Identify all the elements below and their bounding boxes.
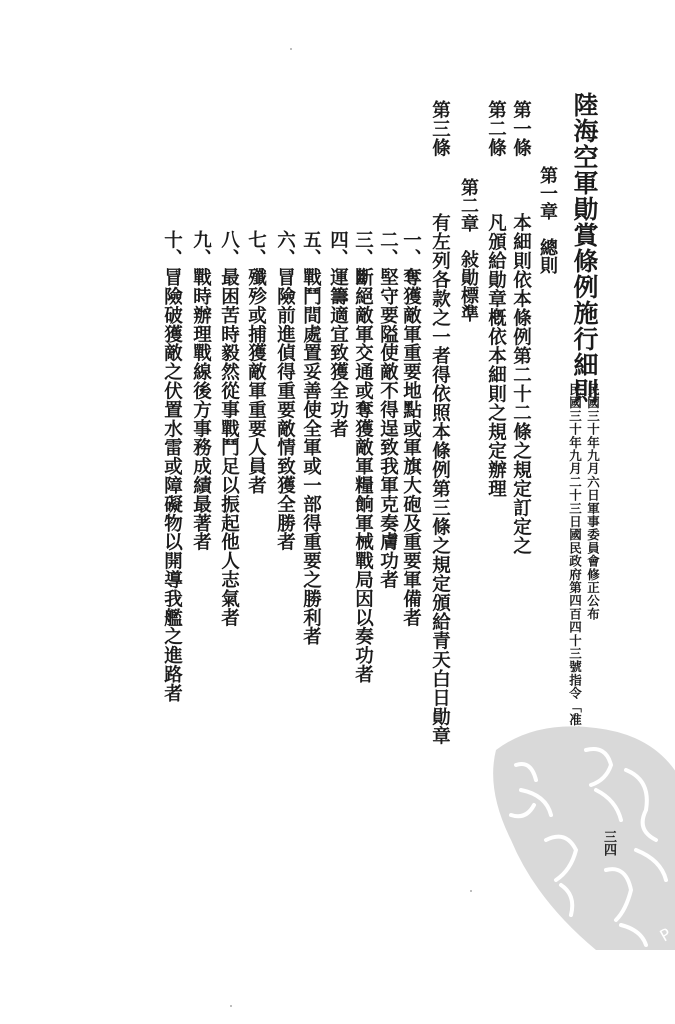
list-item-10: 十、冒險破獲敵之伏置水雷或障礙物以開導我艦之進路者 (162, 230, 181, 703)
list-item-1: 一、奪獲敵軍重要地點或軍旗大砲及重要軍備者 (401, 230, 420, 627)
document-title: 陸海空軍勛賞條例施行細則 (572, 92, 597, 404)
list-item-8: 八、最困苦時毅然從事戰鬥足以振起他人志氣者 (219, 230, 238, 627)
list-item-3: 三、斷絕敵軍交通或奪獲敵軍糧餉軍械戰局因以奏功者 (353, 230, 372, 684)
seal-watermark-icon: P (476, 720, 675, 950)
scan-speck (290, 48, 292, 50)
promulgation-note-1: 民國三十年九月六日軍事委員會修正公布 (586, 383, 599, 621)
article-1-label: 第一條 (511, 100, 530, 157)
list-item-7: 七、殲殄或捕獲敵軍重要人員者 (246, 230, 265, 495)
list-item-9: 九、戰時辦理戰線後方事務成績最著者 (191, 230, 210, 551)
scan-speck (470, 890, 472, 892)
article-2-text: 凡頒給勛章槪依本細則之規定辦理 (486, 213, 505, 498)
library-seal-watermark: P (476, 720, 675, 950)
list-item-6: 六、冒險前進偵得重要敵情致獲全勝者 (275, 230, 294, 551)
list-item-5: 五、戰鬥間處置妥善使全軍或一部得重要之勝利者 (301, 230, 320, 646)
article-2-label: 第二條 (486, 100, 505, 157)
chapter-1-heading: 第一章 總則 (538, 166, 556, 274)
article-3-label: 第三條 (430, 100, 449, 157)
chapter-2-heading: 第二章 敍勛標準 (459, 178, 477, 322)
page-number: 三四 (602, 830, 615, 856)
article-1-text: 本細則依本條例第二十二條之規定訂定之 (511, 213, 530, 555)
list-item-2: 二、堅守要隘使敵不得逞致我軍克奏膚功者 (378, 230, 397, 589)
article-3-text: 有左列各款之一者得依照本條例第三條之規定頒給青天白日勛章 (430, 213, 449, 745)
scan-speck (230, 1005, 232, 1007)
list-item-4: 四、運籌適宜致獲全功者 (328, 230, 347, 438)
